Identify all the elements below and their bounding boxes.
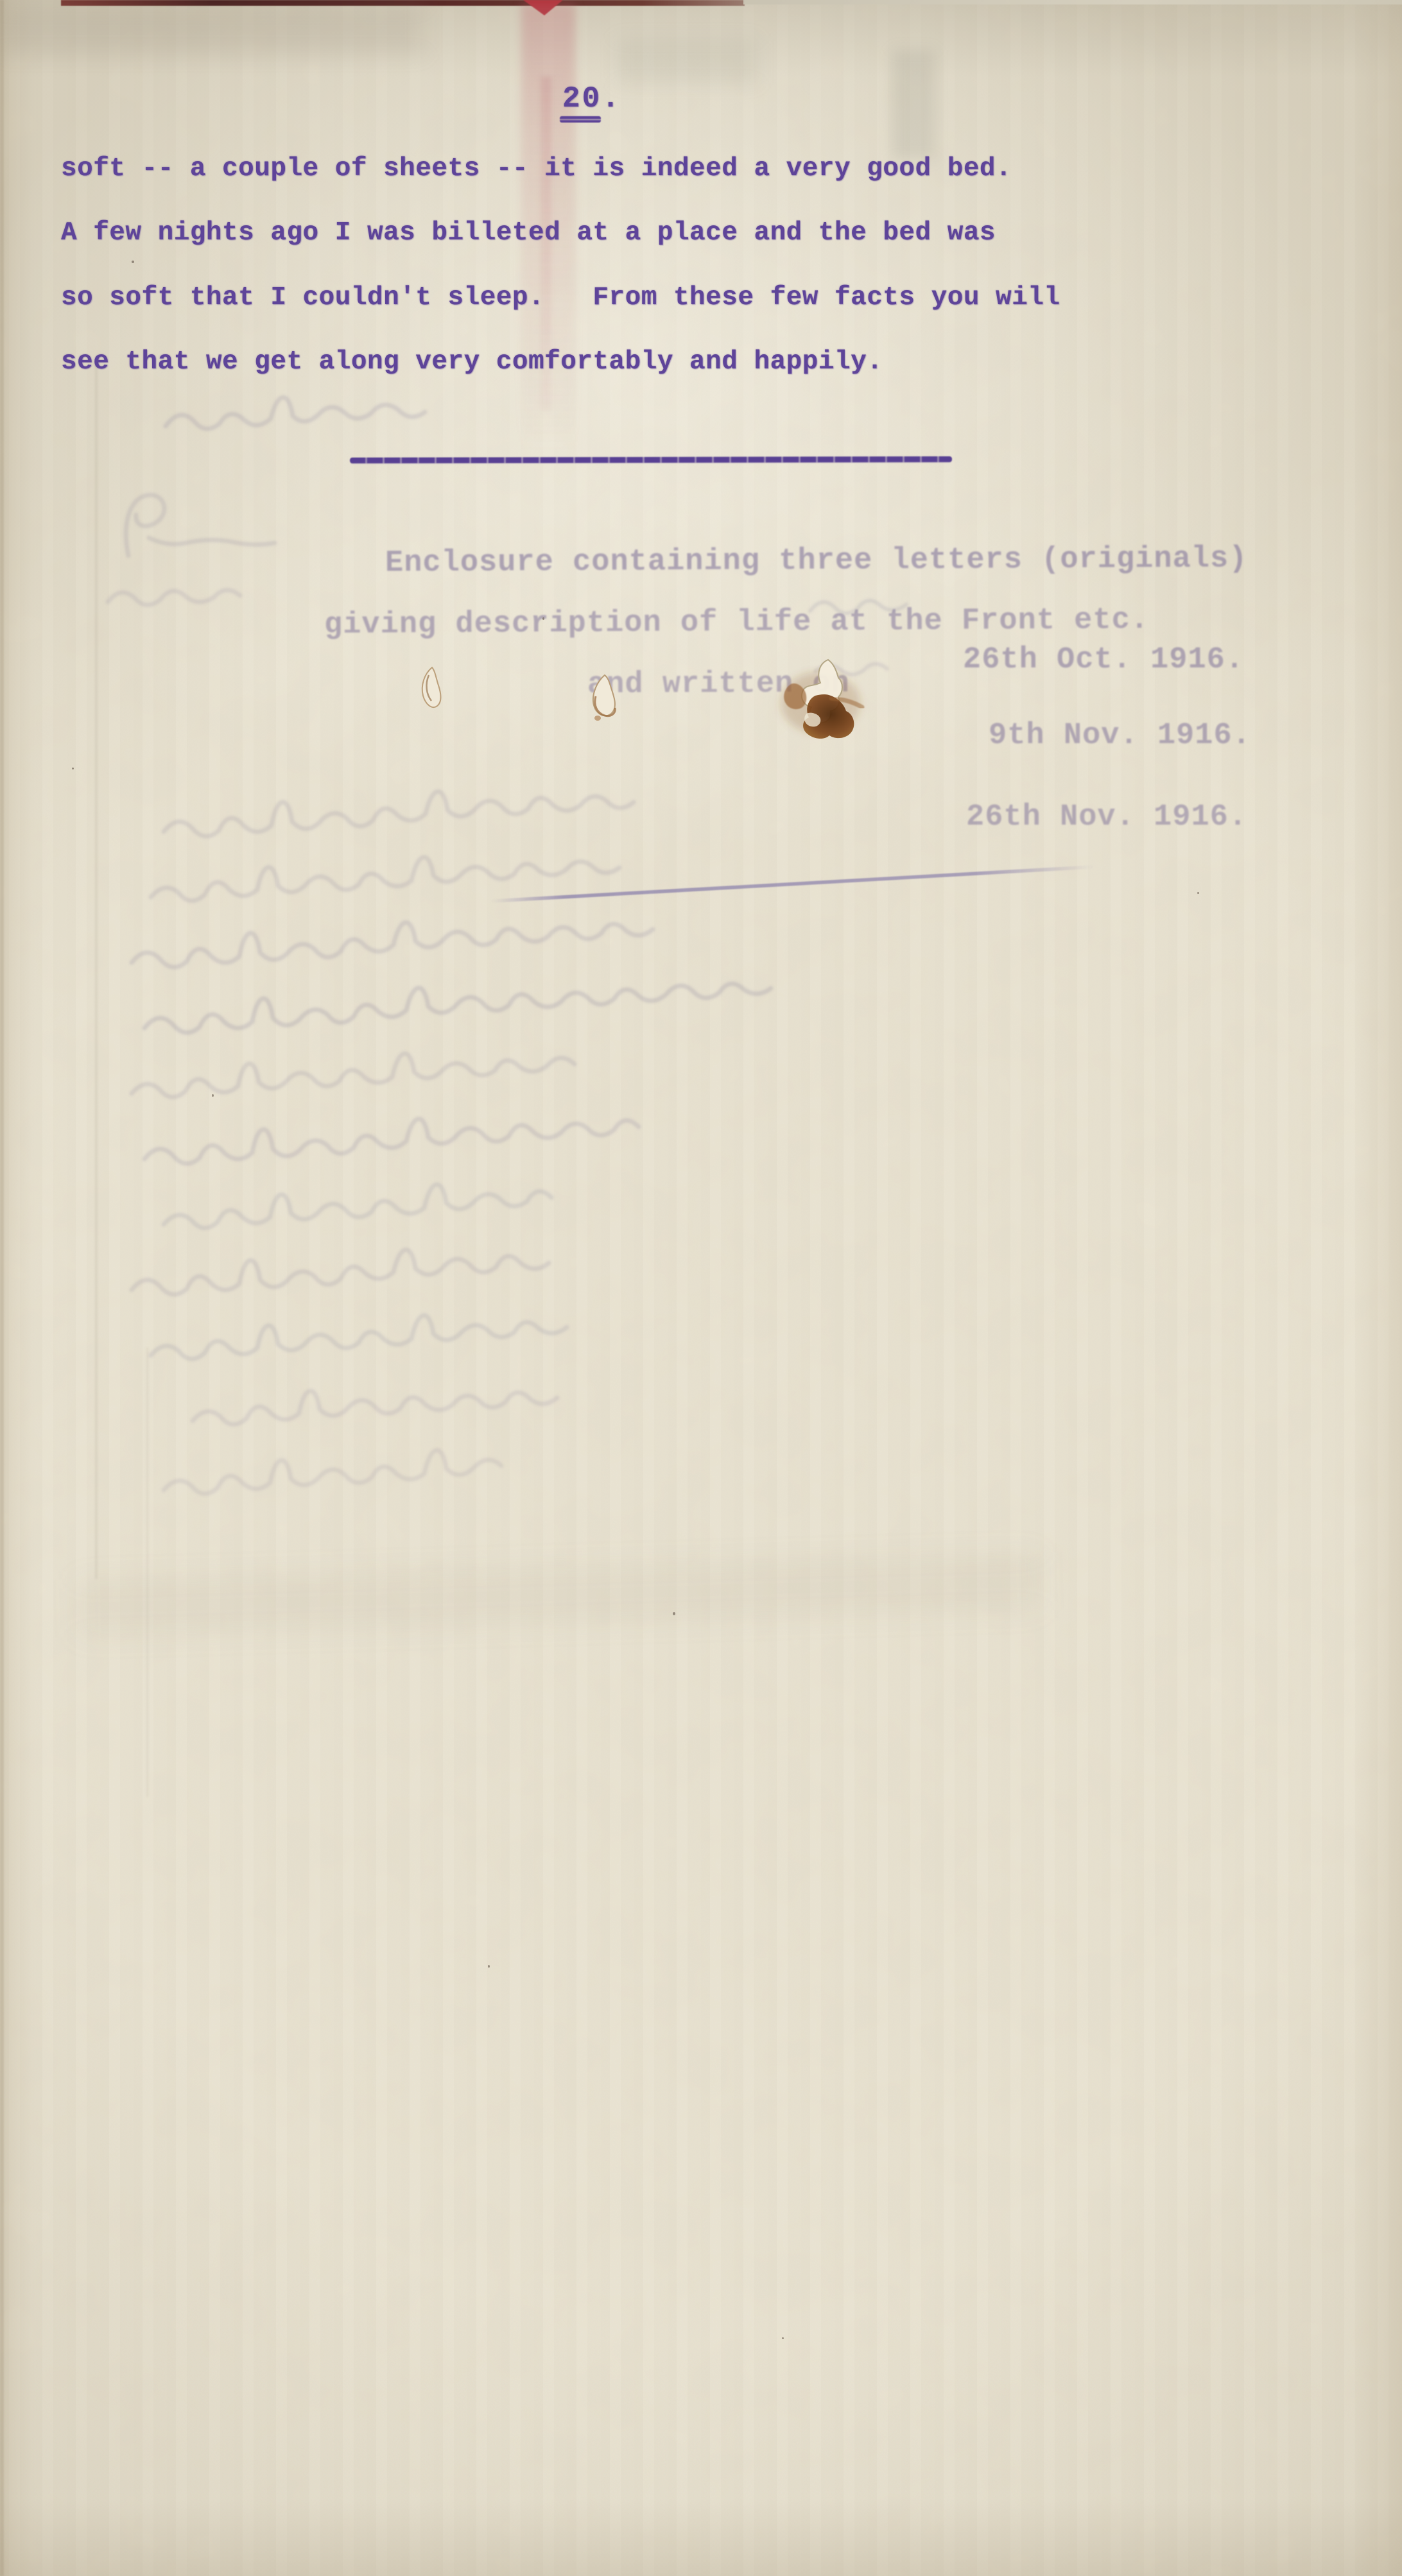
- page-number-underline: [560, 116, 601, 123]
- typed-line-3: so soft that I couldn't sleep. From thes…: [61, 283, 1060, 313]
- paper-marks-layer: [0, 0, 1402, 2576]
- enclosure-note-line-3: and written on: [587, 667, 850, 701]
- ink-speck: [488, 1965, 490, 1968]
- scan-smudge-top-left: [0, 8, 424, 54]
- paper-tear-small-1: [422, 667, 441, 707]
- page-number: 20.: [562, 82, 621, 116]
- ink-speck: [782, 2337, 784, 2339]
- torn-paper-fleck-lower: [804, 713, 820, 727]
- scan-smudge-center: [616, 39, 757, 83]
- scan-top-edge-light: [743, 0, 1402, 4]
- diagonal-pencil-line: [493, 867, 1091, 901]
- typed-divider-rule: [350, 456, 952, 463]
- typed-line-4: see that we get along very comfortably a…: [61, 347, 883, 377]
- enclosure-note-date-2: 9th Nov. 1916.: [989, 719, 1251, 753]
- scan-smudge-right: [892, 50, 935, 159]
- ink-speck: [673, 1612, 675, 1615]
- ink-speck: [132, 261, 134, 263]
- typed-line-2: A few nights ago I was billeted at a pla…: [61, 218, 996, 248]
- ink-speck: [542, 617, 544, 620]
- paper-crease-vertical-2: [146, 1348, 148, 1797]
- enclosure-note-date-3: 26th Nov. 1916.: [966, 800, 1247, 834]
- ink-speck: [1197, 892, 1199, 894]
- ink-speck: [72, 768, 74, 769]
- scan-left-edge-shadow: [0, 0, 4, 2576]
- typed-line-1: soft -- a couple of sheets -- it is inde…: [61, 154, 1012, 184]
- scanned-letter-page: 20. soft -- a couple of sheets -- it is …: [0, 0, 1402, 2576]
- paper-grain-overlay: [0, 0, 1402, 2576]
- enclosure-note-date-1: 26th Oct. 1916.: [963, 643, 1244, 677]
- ink-speck: [212, 1094, 214, 1097]
- paper-crease-vertical-1: [95, 359, 98, 1579]
- enclosure-note-line-1: Enclosure containing three letters (orig…: [385, 542, 1248, 580]
- paper-tone-band: [76, 1552, 1041, 1637]
- enclosure-note-line-2: giving description of life at the Front …: [324, 603, 1149, 642]
- scan-top-edge-line: [61, 0, 745, 6]
